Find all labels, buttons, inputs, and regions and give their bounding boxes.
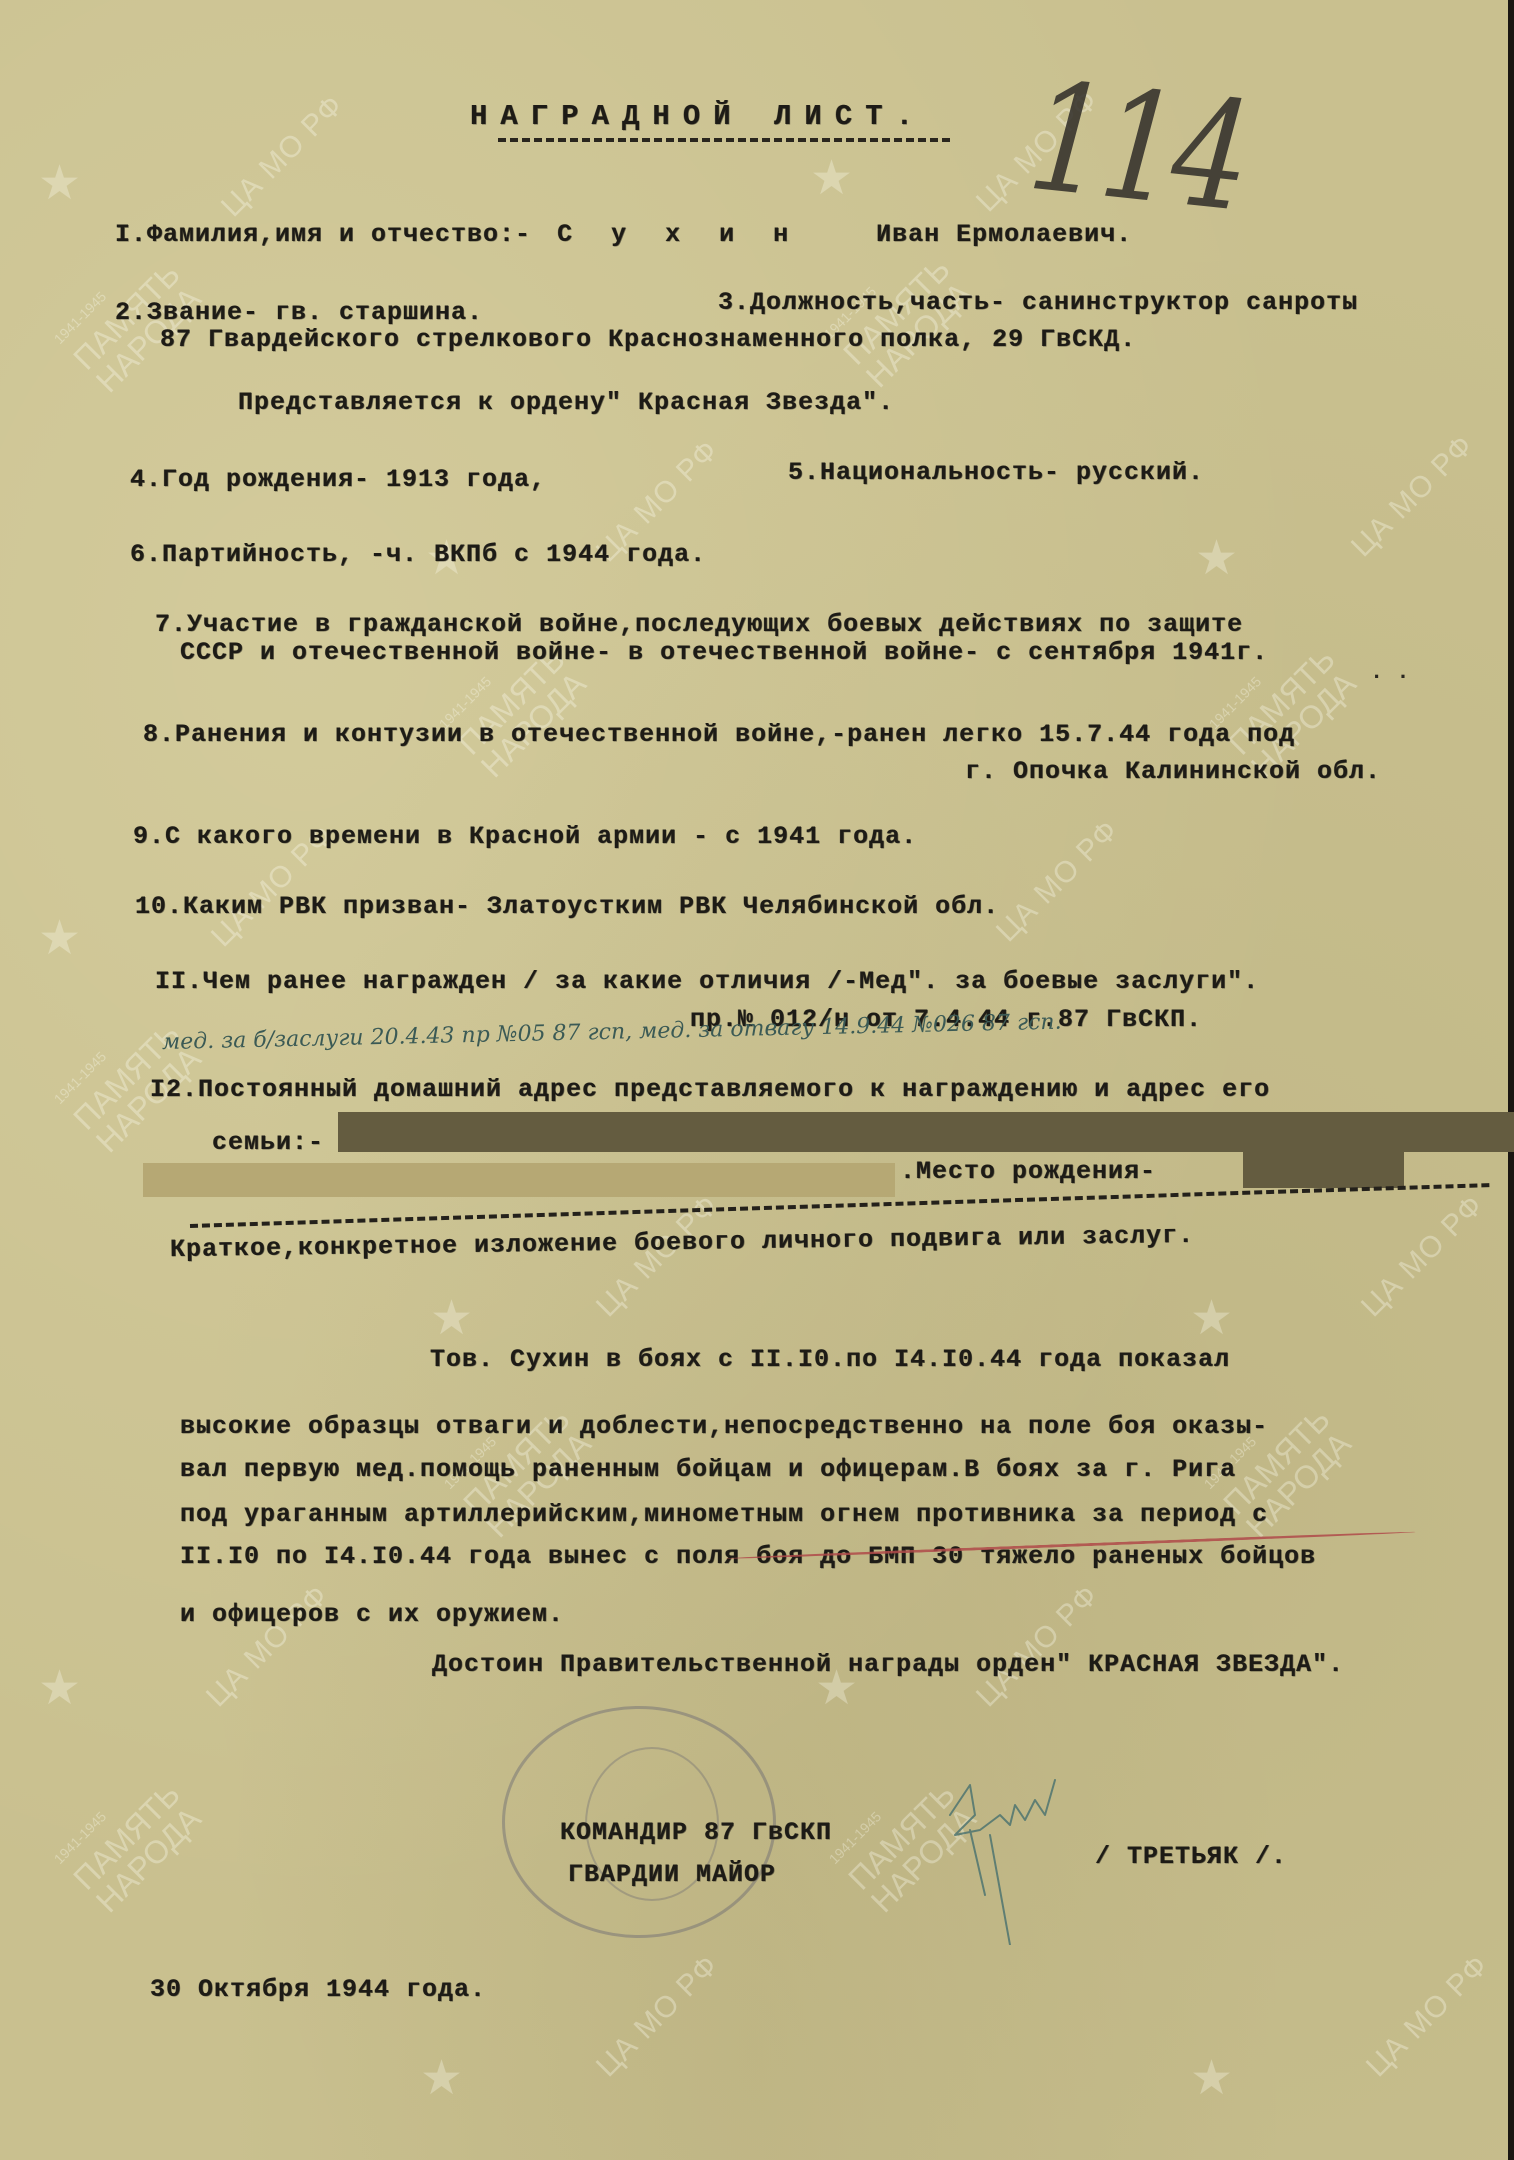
redacted-address-cont (143, 1163, 895, 1197)
document-date: 30 Октября 1944 года. (150, 1975, 486, 2004)
watermark-star-icon: ★ (1190, 1290, 1233, 1346)
watermark-star-icon: ★ (1190, 2050, 1233, 2106)
field-12-birthplace-label: .Место рождения- (900, 1157, 1156, 1186)
narrative-line-3: вал первую мед.помощь раненным бойцам и … (180, 1455, 1236, 1484)
watermark-star-icon: ★ (38, 155, 81, 211)
narrative-line-6: и офицеров с их оружием. (180, 1600, 564, 1629)
watermark-star-icon: ★ (430, 1290, 473, 1346)
watermark-star-icon: ★ (38, 910, 81, 966)
watermark-camo: ЦА МО РФ (1360, 1948, 1496, 2084)
field-11-previous-awards: II.Чем ранее награжден / за какие отличи… (155, 967, 1259, 996)
watermark-star-icon: ★ (810, 150, 853, 206)
watermark-pamyat-naroda: 1941-1945ПАМЯТЬНАРОДА (45, 1755, 208, 1918)
field-10-draft-office: 10.Каким РВК призван- Златоустким РВК Че… (135, 892, 999, 921)
watermark-camo: ЦА МО РФ (590, 1948, 726, 2084)
field-3-unit: 87 Гвардейского стрелкового Краснознамен… (160, 325, 1136, 354)
watermark-star-icon: ★ (1195, 530, 1238, 586)
signatory-name: / ТРЕТЬЯК /. (1095, 1842, 1287, 1871)
watermark-camo: ЦА МО РФ (215, 88, 351, 224)
field-7-war-participation-cont: СССР и отечественной войне- в отечествен… (180, 638, 1268, 667)
field-2-rank: 2.Звание- гв. старшина. (115, 298, 483, 327)
field-12-family-label: семьи:- (212, 1128, 324, 1157)
handwritten-previous-awards-note: мед. за б/заслуги 20.4.43 пр №05 87 гсп,… (162, 1010, 1062, 1055)
field-7-war-participation: 7.Участие в гражданской войне,последующи… (155, 610, 1243, 639)
watermark-star-icon: ★ (38, 1660, 81, 1716)
signatory-position: КОМАНДИР 87 ГвСКП (560, 1818, 832, 1847)
field-1-given-name: Иван Ермолаевич. (876, 220, 1132, 249)
award-sheet-page: ЦА МО РФ ЦА МО РФ ЦА МО РФ ЦА МО РФ ЦА М… (0, 0, 1514, 2160)
watermark-camo: ЦА МО РФ (990, 813, 1126, 949)
narrative-line-1: Тов. Сухин в боях с II.I0.по I4.I0.44 го… (430, 1345, 1230, 1374)
document-title: НАГРАДНОЙ ЛИСТ. (470, 100, 926, 133)
archive-sheet-number: 114 (1022, 50, 1254, 245)
narrative-line-2: высокие образцы отваги и доблести,непоср… (180, 1412, 1268, 1441)
watermark-star-icon: ★ (420, 2050, 463, 2106)
summary-header: Краткое,конкретное изложение боевого лич… (170, 1221, 1194, 1264)
field-9-service-since: 9.С какого времени в Красной армии - с 1… (133, 822, 917, 851)
field-1-surname: С у х и н (557, 220, 800, 249)
field-1-name: I.Фамилия,имя и отчество:- С у х и н Ива… (115, 220, 1132, 249)
redacted-address (338, 1112, 1514, 1152)
narrative-line-4: под ураганным артиллерийским,минометным … (180, 1500, 1268, 1529)
title-underline (498, 138, 950, 142)
watermark-camo: ЦА МО РФ (1355, 1188, 1491, 1324)
award-conclusion: Достоин Правительственной награды орден"… (432, 1650, 1344, 1679)
field-12-address: I2.Постоянный домашний адрес представляе… (150, 1075, 1270, 1104)
watermark-camo: ЦА МО РФ (200, 1578, 336, 1714)
field-8-wounds: 8.Ранения и контузии в отечественной вой… (143, 720, 1295, 749)
field-8-wounds-cont: г. Опочка Калининской обл. (965, 757, 1381, 786)
stray-marks: . . (1370, 660, 1410, 685)
field-6-party: 6.Партийность, -ч. ВКПб с 1944 года. (130, 540, 706, 569)
field-5-nationality: 5.Национальность- русский. (788, 458, 1204, 487)
field-1-label: I.Фамилия,имя и отчество:- (115, 220, 531, 249)
field-4-birth-year: 4.Год рождения- 1913 года, (130, 465, 546, 494)
watermark-camo: ЦА МО РФ (970, 1578, 1106, 1714)
watermark-camo: ЦА МО РФ (1345, 428, 1481, 564)
signatory-rank: ГВАРДИИ МАЙОР (568, 1860, 776, 1889)
redacted-birthplace (1243, 1152, 1404, 1188)
field-3-position: 3.Должность,часть- санинструктор санроты (718, 288, 1358, 317)
nomination-line: Представляется к ордену" Красная Звезда"… (238, 388, 894, 417)
